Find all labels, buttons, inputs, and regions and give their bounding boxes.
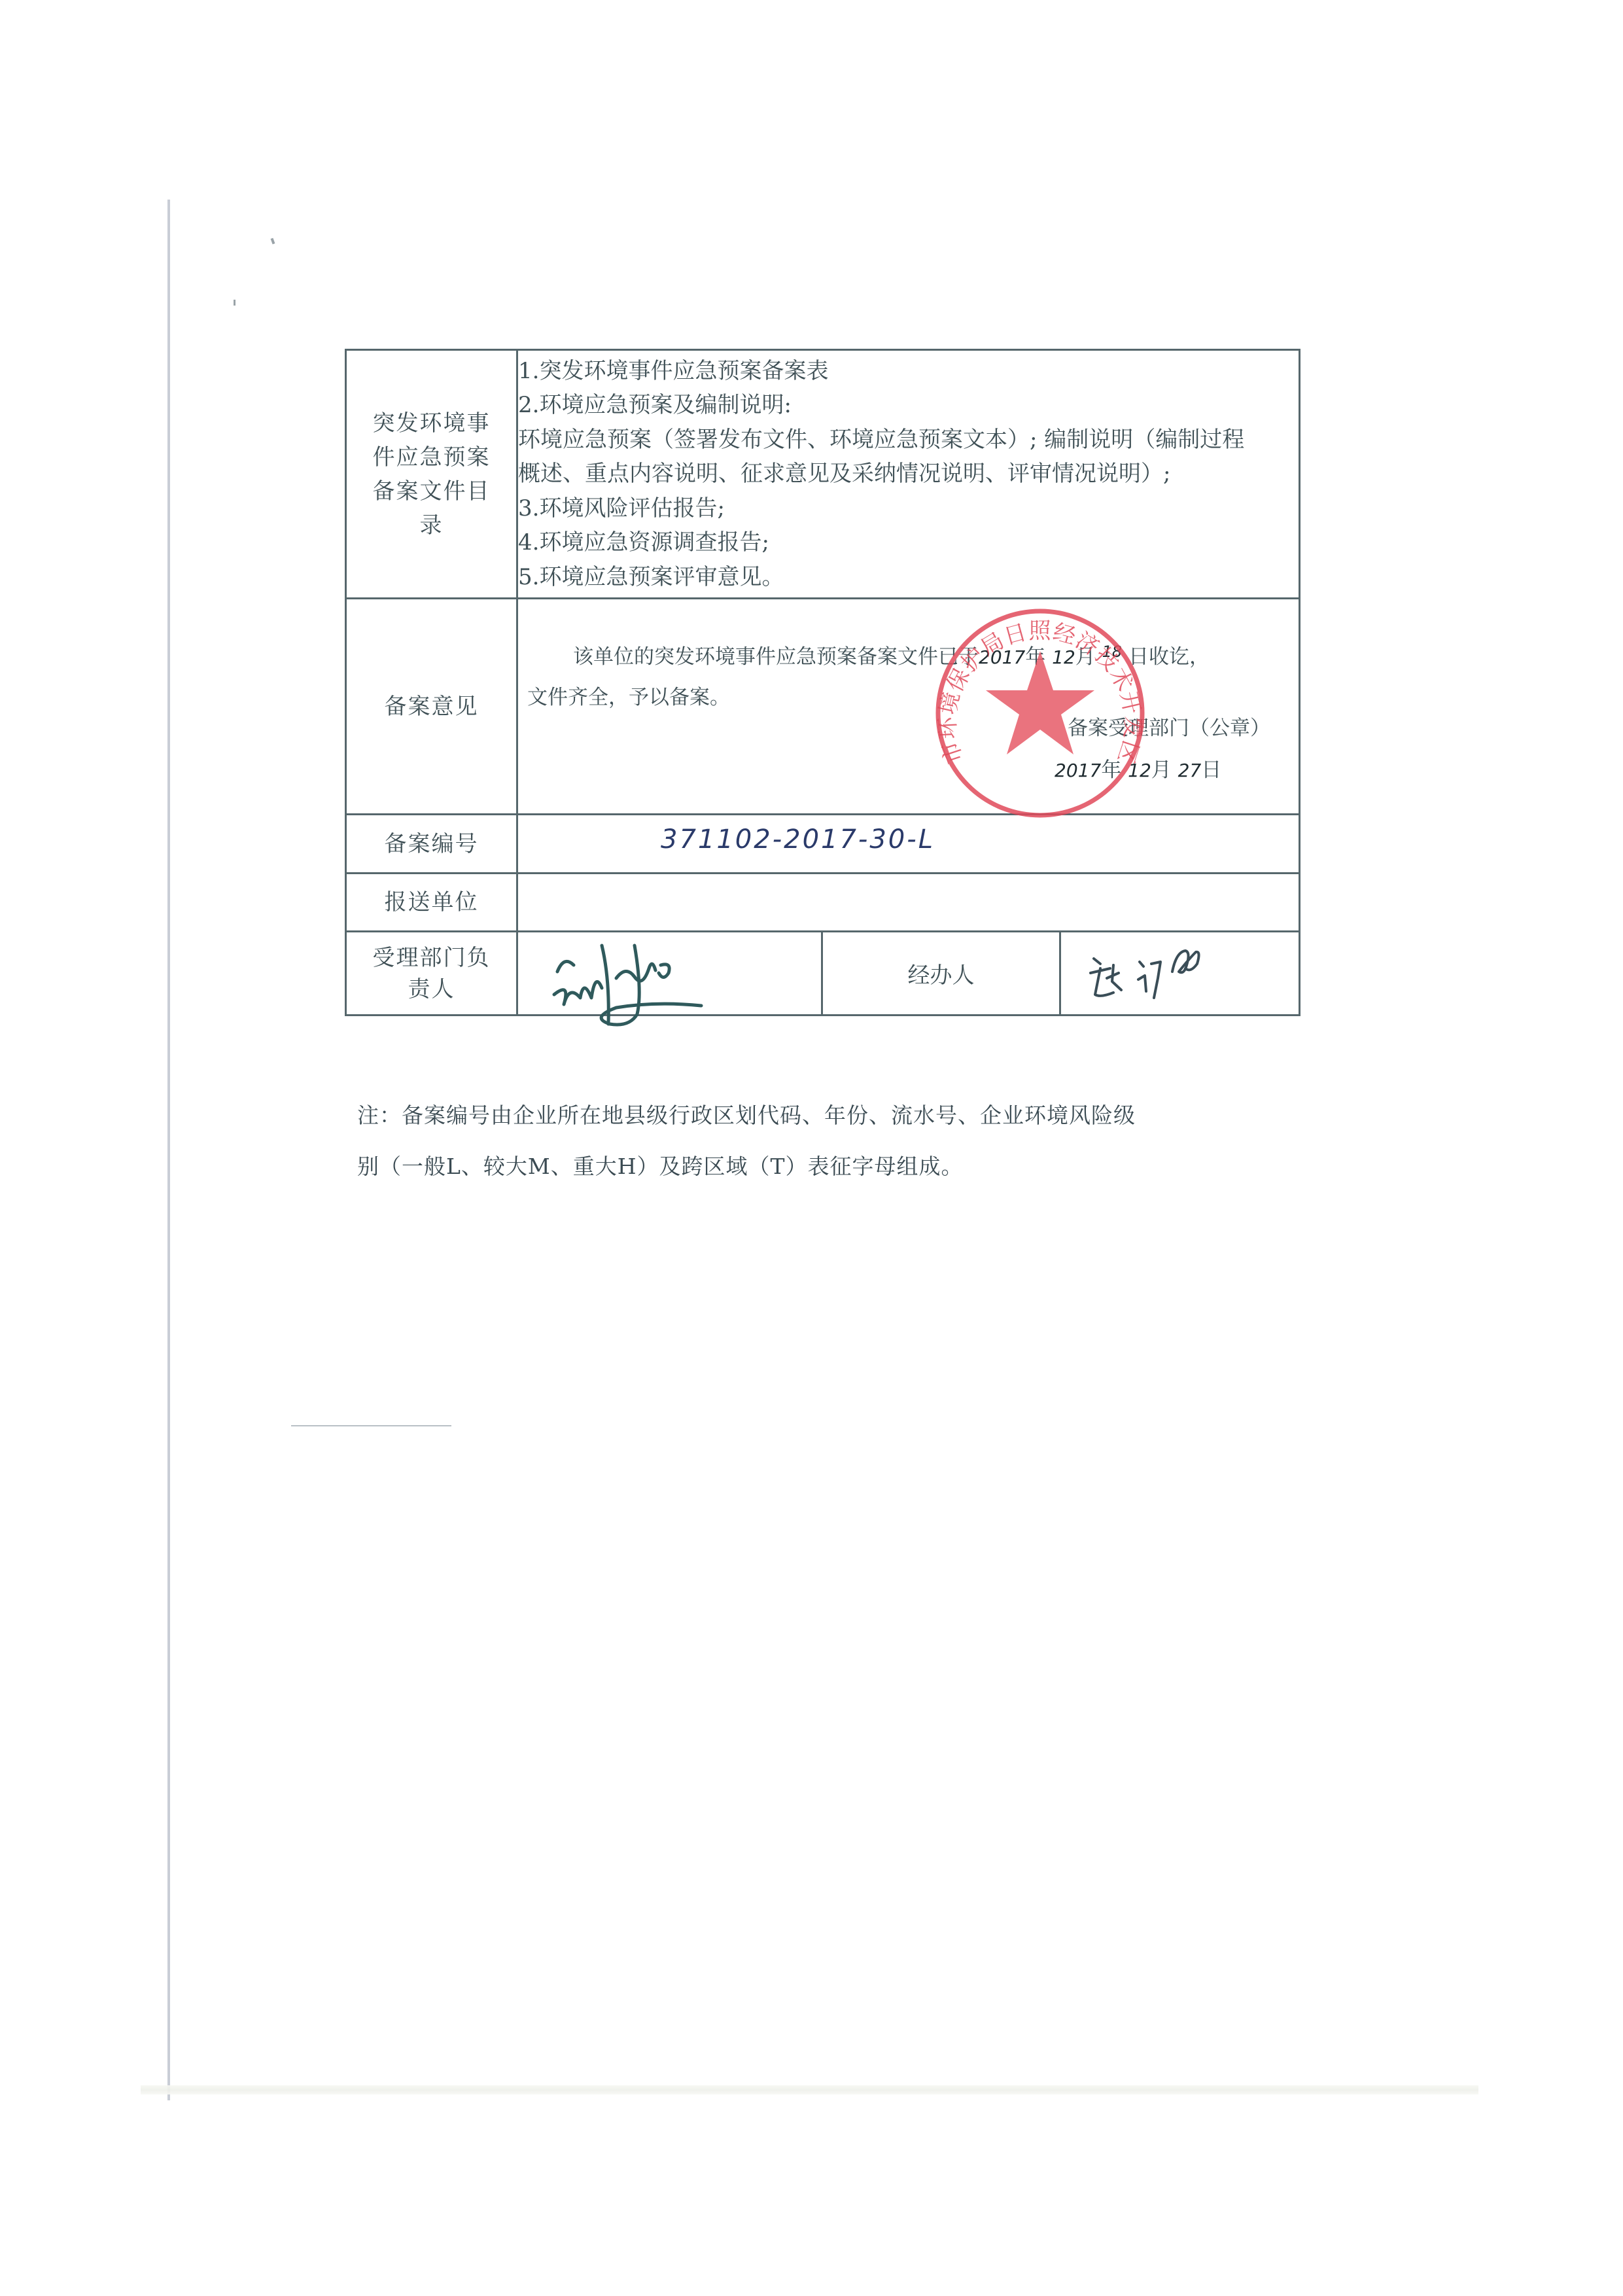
signature-scribble-icon: [518, 932, 823, 1044]
label-line: 受理部门负: [347, 942, 516, 974]
label-line: 录: [347, 508, 516, 542]
table-row-opinion: 备案意见 该单位的突发环境事件应急预案备案文件已于2017年 12月 18 日收…: [346, 599, 1300, 815]
opinion-prefix: 该单位的突发环境事件应急预案备案文件已于: [573, 645, 979, 669]
scan-mark: [271, 238, 275, 245]
label-document-list: 突发环境事 件应急预案 备案文件目 录: [346, 350, 517, 599]
scan-edge-bottom: [141, 2085, 1478, 2094]
filing-date: 2017年 12月 27日: [1055, 753, 1221, 783]
label-submitting-unit: 报送单位: [346, 874, 517, 932]
label-line: 突发环境事: [347, 406, 516, 440]
scan-edge-left: [167, 200, 170, 2100]
opinion-text: 该单位的突发环境事件应急预案备案文件已于2017年 12月 18 日收讫， 文件…: [527, 637, 1289, 717]
footnote: 注：备案编号由企业所在地县级行政区划代码、年份、流水号、企业环境风险级 别（一般…: [357, 1090, 1299, 1192]
document-list-item: 4.环境应急资源调查报告;: [518, 525, 1299, 560]
document-list-item: 5.环境应急预案评审意见。: [518, 560, 1299, 595]
document-list-item: 环境应急预案（签署发布文件、环境应急预案文本）; 编制说明（编制过程: [518, 423, 1299, 457]
label-line: 备案文件目: [347, 474, 516, 508]
filing-form-table: 突发环境事 件应急预案 备案文件目 录 1.突发环境事件应急预案备案表 2.环境…: [345, 349, 1300, 1016]
received-month: 12: [1052, 646, 1075, 668]
label-filing-number: 备案编号: [346, 815, 517, 874]
document-list-item: 概述、重点内容说明、征求意见及采纳情况说明、评审情况说明）;: [518, 457, 1299, 491]
handler-signature: [1060, 932, 1300, 1016]
received-day: 18: [1102, 643, 1123, 661]
table-row-submitting-unit: 报送单位: [346, 874, 1300, 932]
opinion-suffix: 日收讫，: [1128, 645, 1210, 669]
label-opinion: 备案意见: [346, 599, 517, 815]
sign-day: 27: [1178, 760, 1202, 781]
year-unit: 年: [1101, 758, 1121, 782]
label-line: 件应急预案: [347, 440, 516, 474]
label-line: 责人: [347, 974, 516, 1005]
table-row-filing-number: 备案编号 371102-2017-30-L: [346, 815, 1300, 874]
department-head-signature: [517, 932, 822, 1016]
document-list-item: 2.环境应急预案及编制说明:: [518, 388, 1299, 423]
submitting-unit-value: [517, 874, 1300, 932]
document-list-item: 3.环境风险评估报告;: [518, 491, 1299, 526]
table-row-document-list: 突发环境事 件应急预案 备案文件目 录 1.突发环境事件应急预案备案表 2.环境…: [346, 350, 1300, 599]
year-unit: 年: [1025, 645, 1045, 669]
label-department-head: 受理部门负 责人: [346, 932, 517, 1016]
sign-year: 2017: [1055, 760, 1101, 781]
sign-month: 12: [1128, 760, 1151, 781]
document-list: 1.突发环境事件应急预案备案表 2.环境应急预案及编制说明: 环境应急预案（签署…: [517, 350, 1300, 599]
received-year: 2017: [979, 646, 1025, 668]
day-unit: 日: [1201, 758, 1221, 782]
filing-number-cell: 371102-2017-30-L: [517, 815, 1300, 874]
document-list-item: 1.突发环境事件应急预案备案表: [518, 354, 1299, 389]
footnote-line-1: 注：备案编号由企业所在地县级行政区划代码、年份、流水号、企业环境风险级: [357, 1090, 1299, 1141]
month-unit: 月: [1075, 645, 1096, 669]
opinion-line-1: 该单位的突发环境事件应急预案备案文件已于2017年 12月 18 日收讫，: [527, 637, 1289, 678]
scan-mark: [234, 300, 236, 306]
table-row-signatures: 受理部门负 责人 经办人: [346, 932, 1300, 1016]
footnote-line-2: 别（一般L、较大M、重大H）及跨区域（T）表征字母组成。: [357, 1141, 1299, 1192]
filing-department-stamp-label: 备案受理部门（公章）: [1068, 711, 1270, 747]
opinion-cell: 该单位的突发环境事件应急预案备案文件已于2017年 12月 18 日收讫， 文件…: [517, 599, 1300, 815]
month-unit: 月: [1151, 758, 1172, 782]
stray-rule: [291, 1425, 451, 1426]
label-handler: 经办人: [822, 932, 1060, 1016]
filing-number: 371102-2017-30-L: [661, 824, 935, 855]
signature-scribble-icon: [1061, 932, 1300, 1017]
